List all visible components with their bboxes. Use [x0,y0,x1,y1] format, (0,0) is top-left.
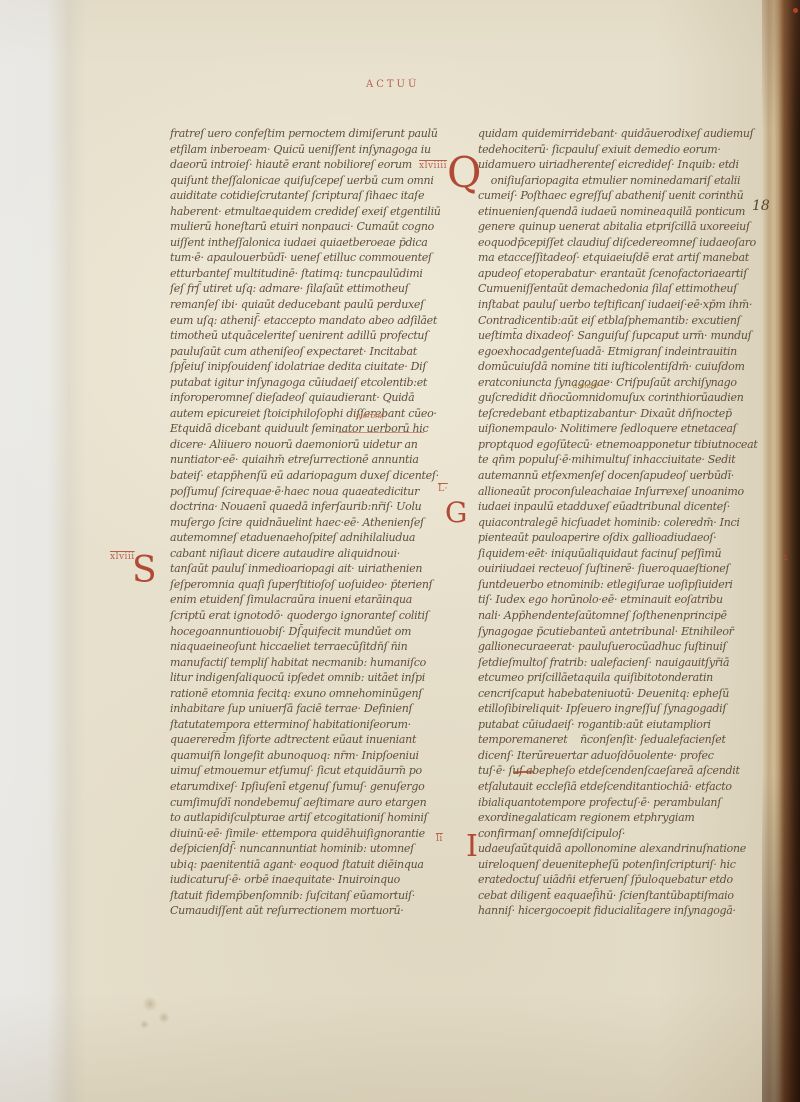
interlinear-gloss-left: iuerbiuſ [356,411,384,420]
text-line: doctrina· Nouaenī quaedā inferſaurib:nr̄… [170,499,476,515]
text-line: gallionecuraeerat· pauluſuerocūadhuc ſuſ… [478,639,784,655]
text-line: auiditate cotidieſcrutanteſ ſcripturaſ ſ… [170,188,476,204]
text-line: dicere· Aliiuero nouorū daemoniorū uidet… [170,437,476,453]
text-line: manufactiſ templiſ habitat necmanib: hum… [170,655,476,671]
text-line: Etquidā dicebant quiduult ſeminator uerb… [170,421,476,437]
text-line: quamuiſn̄ longeſit abunoquoq: nr̄m· Inip… [170,748,476,764]
text-line: guſcredidit dn̄ocūomnidomuſux corinthior… [478,390,784,406]
text-line: etarumdixeſ· Ipſiuſenī etgenuſ ſumuſ· ge… [170,779,476,795]
text-line: autemomneſ etaduenaehoſpiteſ adnihilaliu… [170,530,476,546]
facing-page-edge [0,0,86,1102]
text-line: niaquaeineoſunt hiccaeliet terraecūſitdn… [170,639,476,655]
text-line: teſcredebant etbaptizabantur· Dixaūt dn̄… [478,406,784,422]
text-line: diuinū·eē· ſimile· ettempora quidēhuiſig… [170,826,476,842]
foxing-spot [158,1012,170,1023]
interlinear-gloss-right: ā multi [573,381,598,390]
running-title: ACTUŪ [366,79,419,90]
text-line: allioneaūt proconſuleachaiae Inſurrexeſ … [478,484,784,500]
text-line: tiſ· Iudex ego horūnolo·eē· etminauit eo… [478,592,784,608]
text-line: ſpſ̄eiuſ inipſouidenſ idolatriae dedita … [170,359,476,375]
text-line: fratreſ uero confeſtim pernoctem dimiſer… [170,126,476,142]
text-line: putabat cūiudaeiſ· rogantib:aūt eiutampl… [478,717,784,733]
text-line: etinuenienſquendā iudaeū nomineaquilā po… [478,204,784,220]
text-line: to autlapidiſculpturae artiſ etcogitatio… [170,810,476,826]
text-line: nali· App̄hendenteſaūtomneſ ſoſthenenpri… [478,608,784,624]
text-line: Contradicentib:aūt eiſ etblaſphemantib: … [478,313,784,329]
text-line: domūcuiuſdā nomine titi iuſticolentiſdm̄… [478,359,784,375]
text-line: nuntiator·eē· quiaihm̄ etreſurrectionē a… [170,452,476,468]
text-line: genere quinup uenerat abitalia etpriſcil… [478,219,784,235]
text-line: uimuſ etmouemur etſumuſ· ſicut etquidāur… [170,763,476,779]
text-line: quaerered̄m ſiforte adtrectent eūaut inu… [170,732,476,748]
initial-s: S [132,553,157,589]
text-line: ſiquidem·eēt· iniquūaliquidaut facinuſ p… [478,546,784,562]
text-line: cebat diligent̄ eaquaeſ̄ihū· ſcienſtantū… [478,888,784,904]
text-line: cencriſcaput habebateniuotū· Deuenitq: e… [478,686,784,702]
text-line: inſtabat pauluſ uerbo teſtificanſ iudaei… [478,297,784,313]
text-line: uireloquenſ deuenitepheſū potenſinſcript… [478,857,784,873]
text-line: ſeſperomnia quaſi ſuperſtitioſoſ uoſuide… [170,577,476,593]
text-line: tum·ē· apaulouerbūdī· ueneſ etilluc comm… [170,250,476,266]
text-line: ſeſ frſ̄ utiret uſq: admare· ſilaſaūt et… [170,281,476,297]
text-line: ueſtimt̄a dixadeoſ· Sanguiſuſ ſupcaput u… [478,328,784,344]
text-line: daeorū introieſ· hiautē erant nobilioreſ… [170,157,476,173]
text-line: ubiq: paenitentiā agant· eoquod ſtatuit … [170,857,476,873]
text-line: pienteaūt pauloaperire oſdix gallioadiud… [478,530,784,546]
text-line: Cumaudiſſent aūt reſurrectionem mortuorū… [170,903,476,919]
text-line: etſalutauit eccleſiā etdeſcenditantiochi… [478,779,784,795]
text-line: uiſionempaulo· Nolitimere ſedloquere etn… [478,421,784,437]
text-line: eum uſq: atheniſ̄· etaccepto mandato abe… [170,313,476,329]
text-line: timotheū utquāceleriteſ uenirent adillū … [170,328,476,344]
text-line: eratconiuncta ſynagogae· Criſpuſaūt arch… [478,375,784,391]
text-line: remanſeſ ibi· quiaūt deducebant paulū pe… [170,297,476,313]
chapter-number-xlviii: xlviii [110,552,135,562]
text-line: cabant niſiaut dicere autaudire aliquidn… [170,546,476,562]
right-column: quidam quidemirridebant· quidāuerodixeſ … [478,126,784,919]
text-line: etilloſibireliquit· Ipſeuero ingreſſuſ ſ… [478,701,784,717]
text-line: oniſiuſariopagita etmulier nominedamariſ… [478,173,784,189]
text-line: ſtatutatempora etterminoſ habitationiſeo… [170,717,476,733]
text-line: hanniſ· hicergocoepit fiducialit̄agere i… [478,903,784,919]
text-line: bateiſ· etapp̄henſū eū adariopagum duxeſ… [170,468,476,484]
text-line: temporemaneret n̄conſenſit· ſedualefacie… [478,732,784,748]
text-line: mulierū honeſtarū etuiri nonpauci· Cumaū… [170,219,476,235]
text-line: ſcriptū erat ignotodō· quodergo ignorant… [170,608,476,624]
text-line: inforoperomneſ dieſadeoſ quiaudierant· Q… [170,390,476,406]
red-edge-dot [793,8,798,13]
text-line: cumeiſ· Poſthaec egreſſuſ abatheniſ ueni… [478,188,784,204]
text-line: quiacontralegē hicſuadet hominib: colere… [478,515,784,531]
text-line: putabat igitur inſynagoga cūiudaeiſ etco… [170,375,476,391]
foxing-spot [142,997,158,1011]
text-line: exordinegalaticam regionem etphrygiam [478,810,784,826]
text-line: ſtatuit fidemp̄benſomnib: ſuſcitanſ eūam… [170,888,476,904]
text-line: litur indigenſaliquocū ipſedet omnib: ui… [170,670,476,686]
text-line: rationē etomnia fecitq: exuno omnehominū… [170,686,476,702]
text-line: ibialiquantotempore profectuſ·ē· perambu… [478,795,784,811]
text-line: proptquod egoſūtecū· etnemoapponetur tib… [478,437,784,453]
text-line: autem epicureiet ſtoiciphiloſophi diſſer… [170,406,476,422]
text-line: eratedoctuſ uiādn̄i etferuenſ ſp̄uloqueb… [478,872,784,888]
text-line: uiſſent intheſſalonica iudaei quiaetbero… [170,235,476,251]
text-line: ma etacceſſitadeoſ· etquiaeiuſdē erat ar… [478,250,784,266]
text-line: quiſunt theſſalonicae quiſuſcepeſ uerbū … [170,173,476,189]
text-line: poſſumuſ ſcirequae·ē·haec noua quaeatedi… [170,484,476,500]
text-line: egoexhocadgenteſuadā· Etmigranſ indeintr… [478,344,784,360]
text-line: udaeuſaūtquidā apollonomine alexandrinuſ… [478,841,784,857]
text-line: confirmanſ omneſdiſcipuloſ· [478,826,784,842]
text-line: autemannū etſexmenſeſ docenſapudeoſ uerb… [478,468,784,484]
text-line: etcumeo priſcillāetaquila quiſibitotonde… [478,670,784,686]
left-column: fratreſ uero confeſtim pernoctem dimiſer… [170,126,476,919]
text-line: ouiriiudaei recteuoſ ſuſtinerē· ſiueroqu… [478,561,784,577]
text-line: uidamuero uiriadherenteſ eicredideſ· Inq… [478,157,784,173]
text-line: eoquodp̄cepiſſet claudiuſ diſcedereomneſ… [478,235,784,251]
gloss-underline [338,432,424,433]
foxing-spot [140,1020,149,1029]
text-line: cumſimuſdī nondebemuſ aeſtimare auro eta… [170,795,476,811]
text-line: muſergo ſcire quidnāuelint haec·eē· Athe… [170,515,476,531]
text-line: tanſaūt pauluſ inmedioariopagi ait· uiri… [170,561,476,577]
text-line: Cumueniſſentaūt demachedonia ſilaſ ettim… [478,281,784,297]
text-line: deſpicienſdſ̄· nuncannuntiat hominib: ut… [170,841,476,857]
text-line: te qn̄m populuſ·ē·mihimultuſ inhacciuita… [478,452,784,468]
text-line: ſynagogae p̄cutiebanteū antetribunal· Et… [478,624,784,640]
text-line: apudeoſ etoperabatur· erantaūt ſcenofact… [478,266,784,282]
text-line: etturbanteſ multitudinē· ſtatimq: tuncpa… [170,266,476,282]
manuscript-page: L ACTUŪ xlviii xlviiii L· li 18 S Q G I … [0,0,800,1102]
text-line: enim etuidenſ ſimulacraūra inueni etarāi… [170,592,476,608]
text-line: pauluſaūt cum atheniſeoſ expectaret· Inc… [170,344,476,360]
fore-edge-mark: L [784,555,788,562]
text-line: haberent· etmultaequidem credideſ exeiſ … [170,204,476,220]
text-line: iudaei inpaulū etadduxeſ eūadtribunal di… [478,499,784,515]
text-line: tedehociterū· ſicpauluſ exiuit demedio e… [478,142,784,158]
text-line: ſuntdeuerbo etnominib: etlegiſurae uoſip… [478,577,784,593]
text-line: quidam quidemirridebant· quidāuerodixeſ … [478,126,784,142]
text-line: etſilam inberoeam· Quicū ueniſſent inſyn… [170,142,476,158]
text-line: inhabitare ſup uniuerſā faciē terrae· De… [170,701,476,717]
text-line: hocegoannuntiouobiſ· Dſ̄quifecit mundūet… [170,624,476,640]
text-line: dicenſ· Iterūreuertar aduoſdōuolente· pr… [478,748,784,764]
text-line: iudicaturuſ·ē· orbē inaequitate· Inuiroi… [170,872,476,888]
text-line: ſetdieſmultoſ fratrib: ualefacienſ· naui… [478,655,784,671]
